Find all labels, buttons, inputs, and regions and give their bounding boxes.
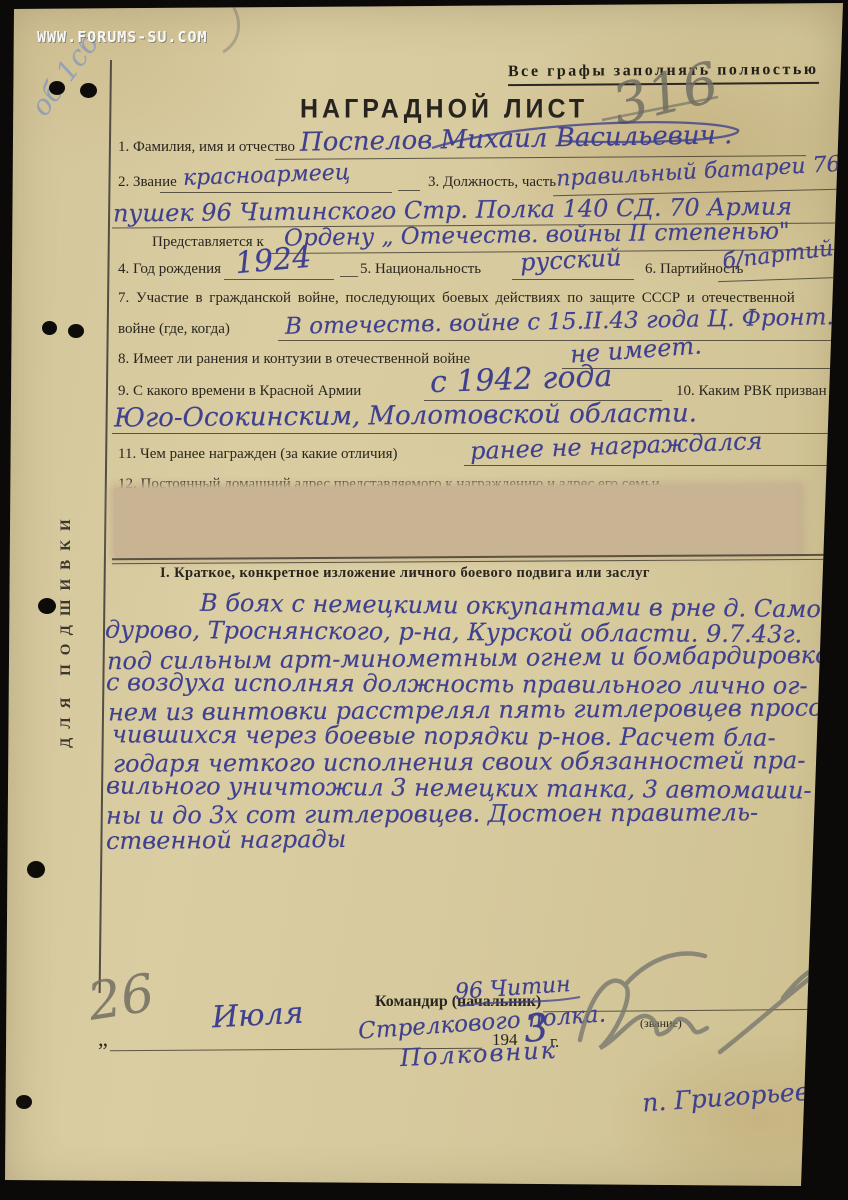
ink-and-pencil-marks — [0, 0, 848, 1200]
watermark: WWW.FORUMS-SU.COM — [37, 28, 208, 46]
unit-ink-underline — [460, 997, 580, 1006]
paper-sheet: об 1сб ДЛЯ ПОДШИВКИ Все графы заполнять … — [0, 0, 848, 1200]
pencil-strike — [602, 97, 718, 120]
pencil-squiggle — [223, 4, 239, 52]
scanned-award-sheet: об 1сб ДЛЯ ПОДШИВКИ Все графы заполнять … — [0, 0, 848, 1200]
name-ink-flourish — [432, 122, 738, 148]
